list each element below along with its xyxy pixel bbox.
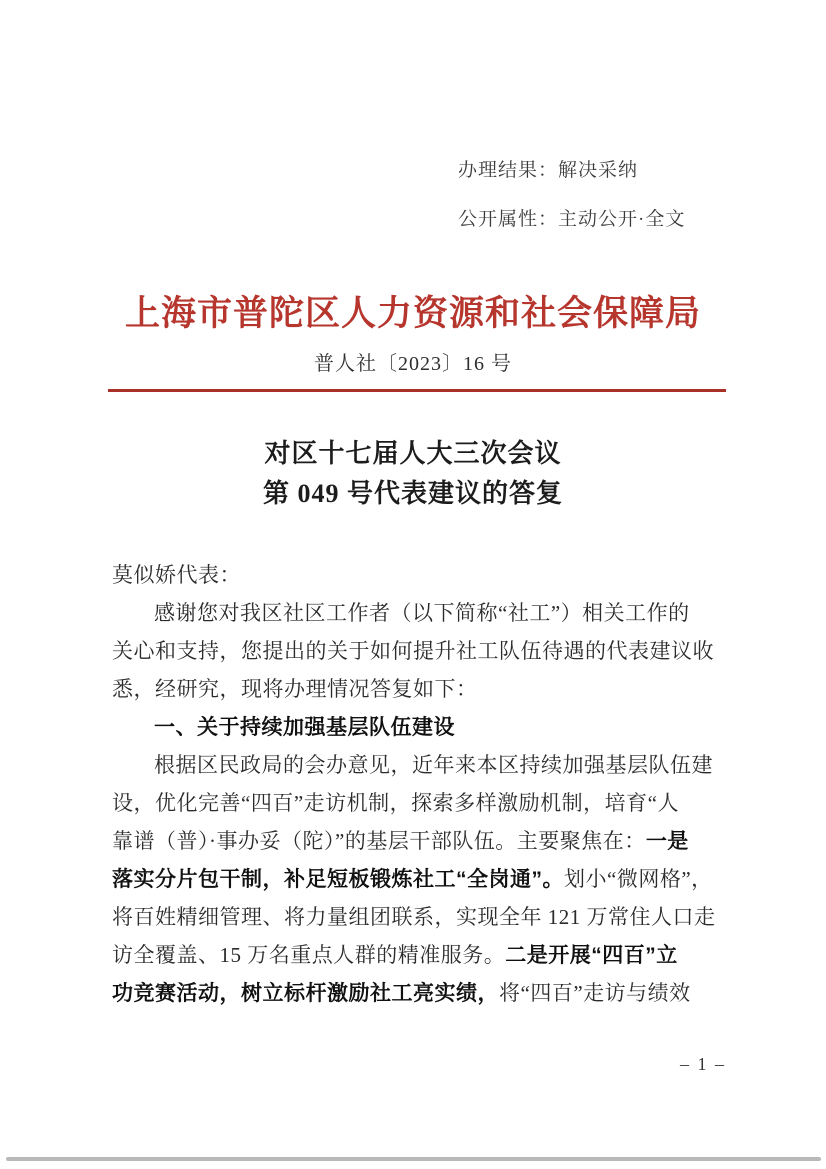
letterhead-org-name: 上海市普陀区人力资源和社会保障局 (0, 286, 826, 336)
body-emphasis-text: 一是 (646, 830, 689, 853)
body-text-segment: 将百姓精细管理、将力量组团联系，实现全年 121 万常住人口走 (112, 905, 716, 929)
body-emphasis-text: 功竞赛活动，树立标杆激励社工亮实绩， (112, 982, 499, 1005)
body-text-segment: 将“四百”走访与绩效 (499, 981, 691, 1005)
body-text-segment: 靠谱（普）·事办妥（陀）”的基层干部队伍。主要聚焦在： (112, 829, 646, 853)
document-number: 普人社〔2023〕16 号 (0, 347, 826, 376)
body-emphasis-text: 落实分片包干制，补足短板锻炼社工“全岗通”。 (112, 868, 564, 891)
body-line: 设，优化完善“四百”走访机制，探索多样激励机制，培育“人 (112, 784, 738, 822)
body-text-segment: 悉，经研究，现将办理情况答复如下： (112, 677, 478, 701)
body-emphasis-text: 一、关于持续加强基层队伍建设 (154, 716, 455, 739)
body-text-segment: 划小“微网格”， (564, 867, 713, 891)
body-line: 访全覆盖、15 万名重点人群的精准服务。二是开展“四百”立 (112, 936, 738, 974)
body-line: 莫似娇代表： (112, 556, 738, 594)
body-line: 悉，经研究，现将办理情况答复如下： (112, 670, 738, 708)
page-bottom-shadow (6, 1157, 821, 1161)
body-text-segment: 关心和支持，您提出的关于如何提升社工队伍待遇的代表建议收 (112, 639, 714, 663)
body-text-segment: 设，优化完善“四百”走访机制，探索多样激励机制，培育“人 (112, 791, 679, 815)
page-number: – 1 – (662, 1054, 744, 1075)
body-line: 功竞赛活动，树立标杆激励社工亮实绩，将“四百”走访与绩效 (112, 974, 738, 1012)
body-line: 落实分片包干制，补足短板锻炼社工“全岗通”。划小“微网格”， (112, 860, 738, 898)
body-line: 靠谱（普）·事办妥（陀）”的基层干部队伍。主要聚焦在：一是 (112, 822, 738, 860)
body-line: 一、关于持续加强基层队伍建设 (112, 708, 738, 746)
body-line: 关心和支持，您提出的关于如何提升社工队伍待遇的代表建议收 (112, 632, 738, 670)
body-line: 将百姓精细管理、将力量组团联系，实现全年 121 万常住人口走 (112, 898, 738, 936)
document-title-line2: 第 049 号代表建议的答复 (0, 474, 826, 514)
header-meta: 办理结果：解决采纳 公开属性：主动公开·全文 (458, 146, 685, 244)
body-emphasis-text: 二是开展“四百”立 (505, 944, 678, 967)
document-title-line1: 对区十七届人大三次会议 (0, 434, 826, 474)
body-text-segment: 根据区民政局的会办意见，近年来本区持续加强基层队伍建 (154, 753, 713, 777)
document-title: 对区十七届人大三次会议 第 049 号代表建议的答复 (0, 434, 826, 514)
document-page: 办理结果：解决采纳 公开属性：主动公开·全文 上海市普陀区人力资源和社会保障局 … (0, 0, 826, 1169)
letterhead-divider (108, 389, 726, 392)
body-text-segment: 感谢您对我区社区工作者（以下简称“社工”）相关工作的 (154, 601, 690, 625)
body-line: 根据区民政局的会办意见，近年来本区持续加强基层队伍建 (112, 746, 738, 784)
body-text-segment: 莫似娇代表： (112, 563, 241, 587)
body-text: 莫似娇代表：感谢您对我区社区工作者（以下简称“社工”）相关工作的关心和支持，您提… (112, 556, 738, 1012)
body-text-segment: 访全覆盖、15 万名重点人群的精准服务。 (112, 943, 505, 967)
meta-line-publicity: 公开属性：主动公开·全文 (458, 195, 685, 244)
meta-line-result: 办理结果：解决采纳 (458, 146, 685, 195)
body-line: 感谢您对我区社区工作者（以下简称“社工”）相关工作的 (112, 594, 738, 632)
